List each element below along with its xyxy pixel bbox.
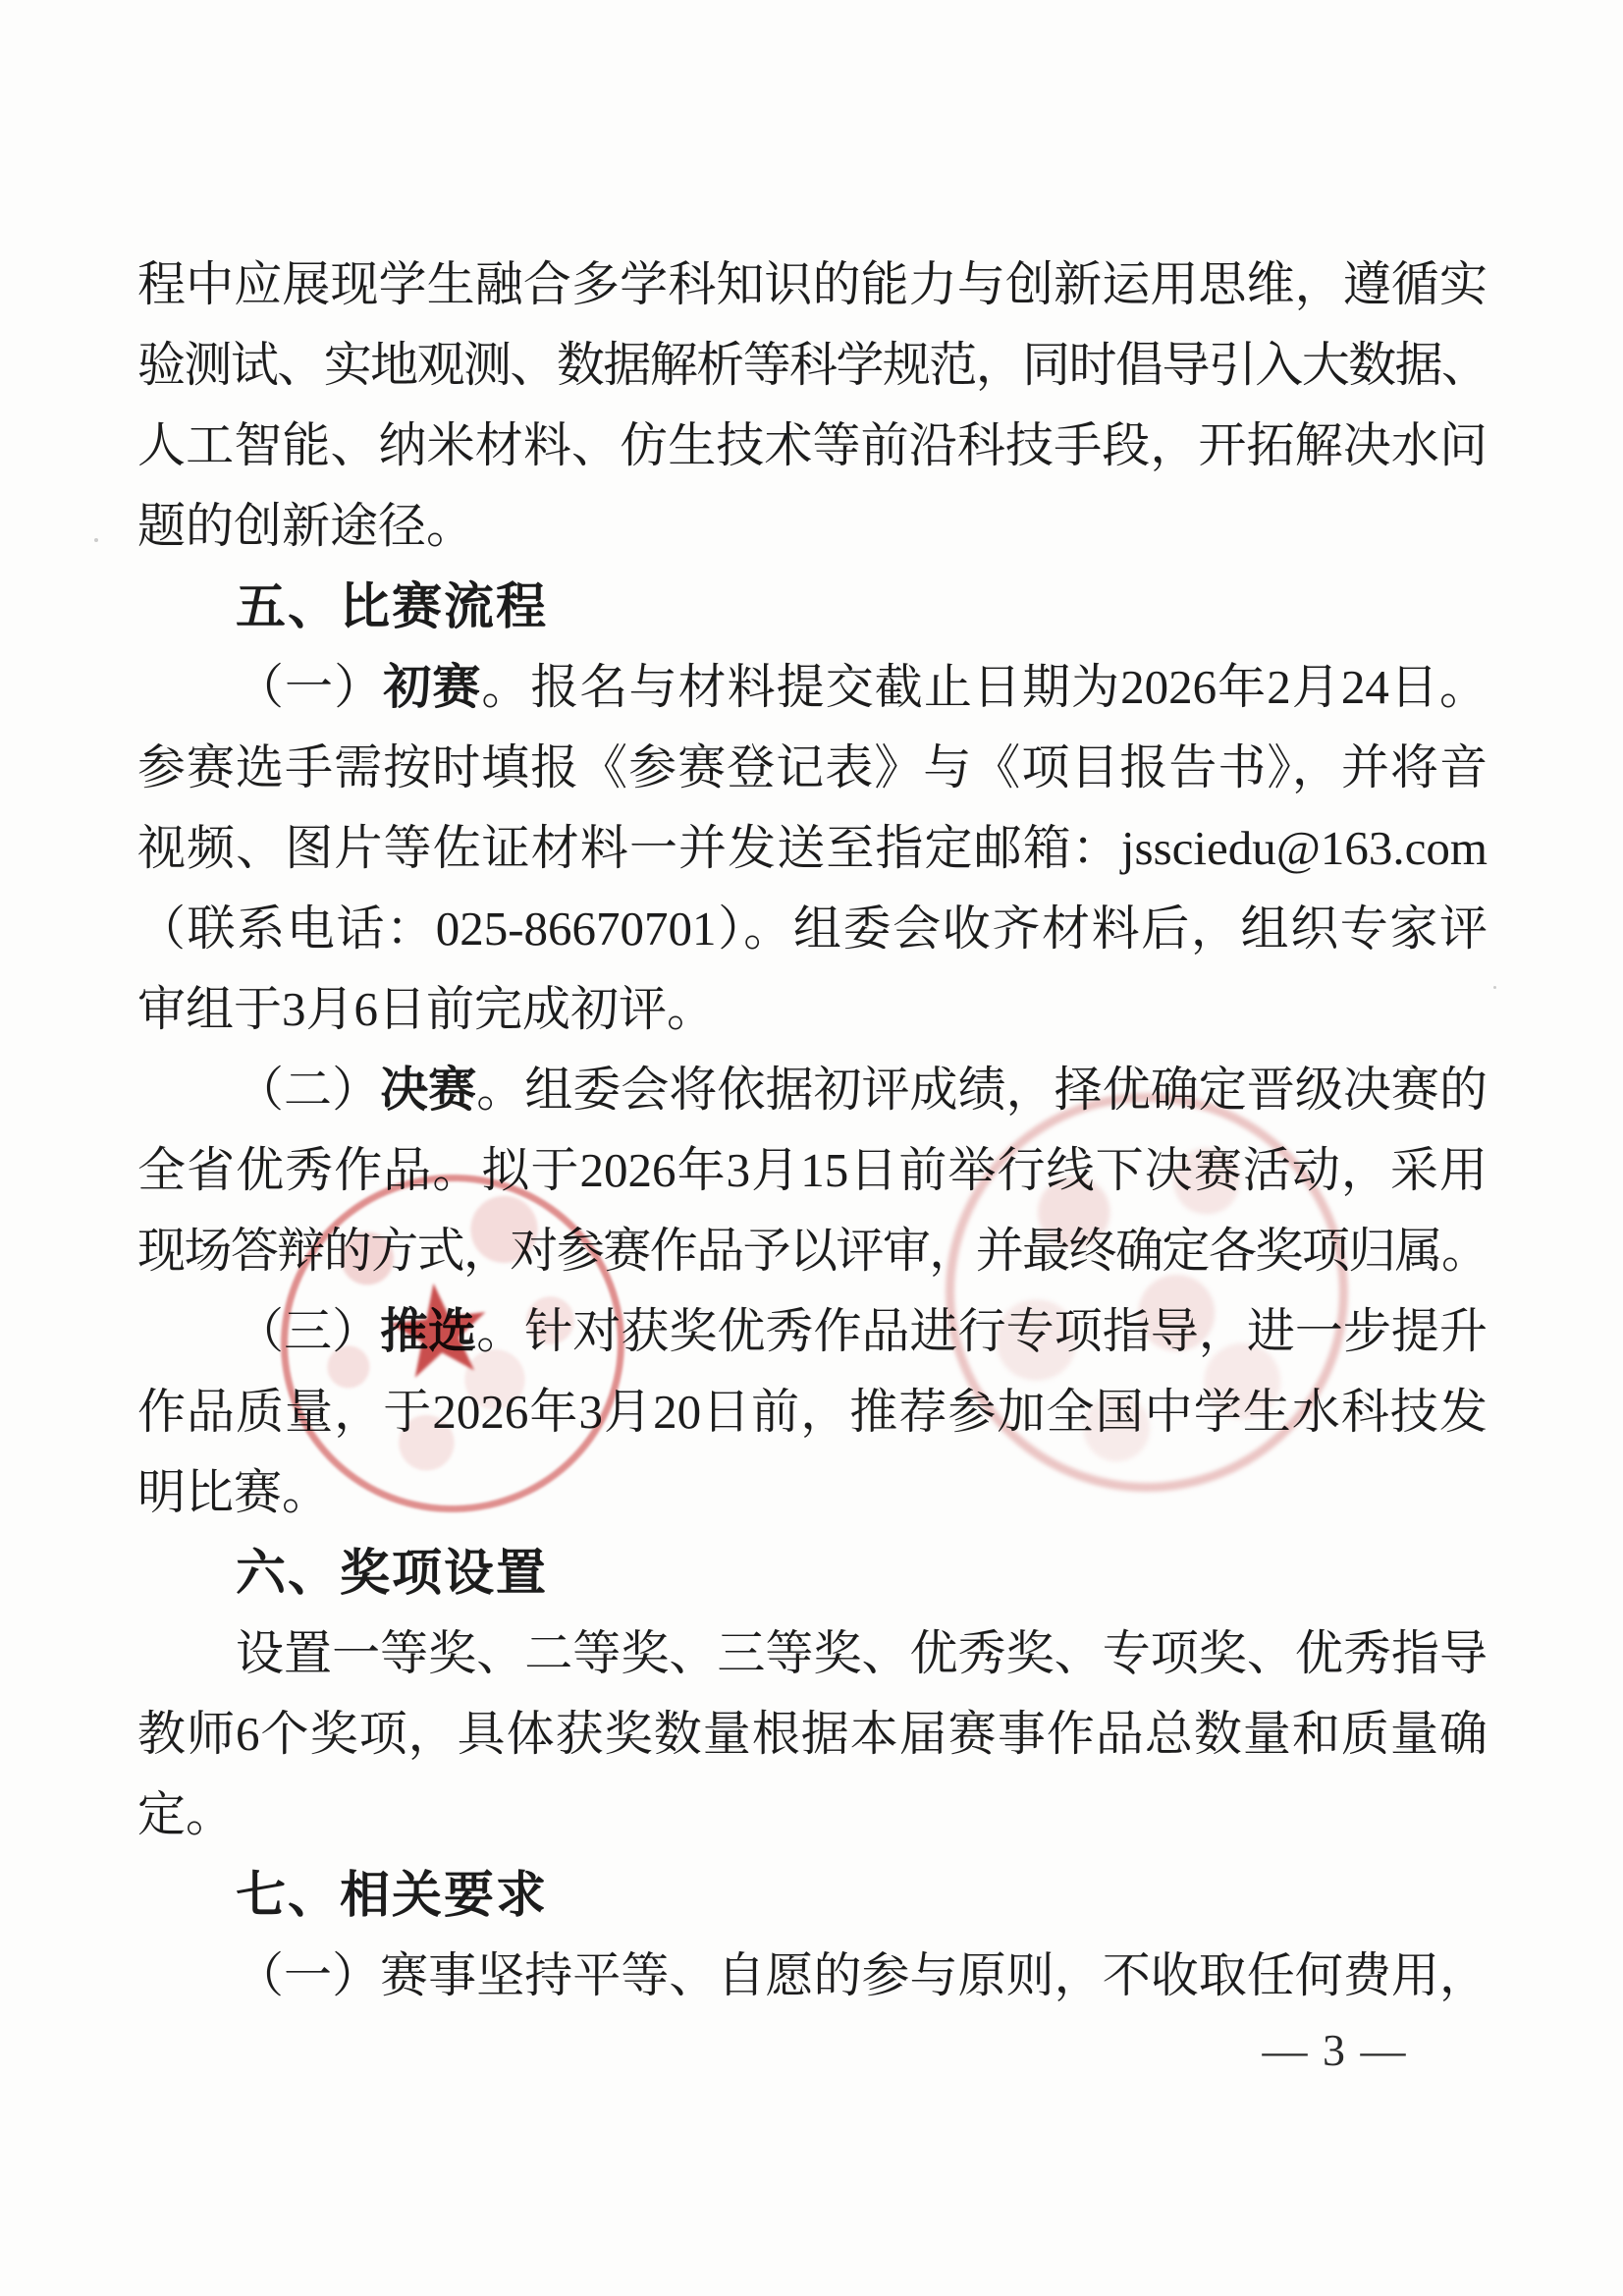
scanned-document-page: 程中应展现学生融合多学科知识的能力与创新运用思维，遵循实 验测试、实地观测、数据… <box>0 0 1623 2296</box>
text-line: 审组于3月6日前完成初评。 <box>137 969 1488 1050</box>
text-line-content: 参赛选手需按时填报《参赛登记表》与《项目报告书》，并将音 <box>137 740 1488 794</box>
text-line: 参赛选手需按时填报《参赛登记表》与《项目报告书》，并将音 <box>137 728 1488 808</box>
item-number: （一） <box>236 660 383 714</box>
text-line-content: 教师6个奖项，具体获奖数量根据本届赛事作品总数量和质量确 <box>137 1707 1488 1761</box>
text-line-content: 验测试、实地观测、数据解析等科学规范，同时倡导引入大数据、 <box>137 338 1488 392</box>
scan-speck <box>94 538 98 542</box>
text-line: 现场答辩的方式，对参赛作品予以评审，并最终确定各奖项归属。 <box>137 1211 1488 1291</box>
text-line-content: 程中应展现学生融合多学科知识的能力与创新运用思维，遵循实 <box>137 257 1488 311</box>
text-line-content: 审组于3月6日前完成初评。 <box>137 982 715 1036</box>
text-line: 定。 <box>137 1775 1488 1855</box>
text-line: 明比赛。 <box>137 1452 1488 1533</box>
text-line: 视频、图片等佐证材料一并发送至指定邮箱：jssciedu@163.com <box>137 808 1488 889</box>
text-line-content: 。报名与材料提交截止日期为2026年2月24日。 <box>481 660 1488 714</box>
text-line-content: 。针对获奖优秀作品进行专项指导，进一步提升 <box>476 1304 1488 1358</box>
document-body: 程中应展现学生融合多学科知识的能力与创新运用思维，遵循实 验测试、实地观测、数据… <box>137 245 1488 2016</box>
section-heading-7: 七、相关要求 <box>137 1855 1488 1936</box>
heading-text: 六、奖项设置 <box>236 1545 548 1601</box>
text-line-content: 题的创新途径。 <box>137 499 474 553</box>
item-number: （三） <box>236 1304 380 1358</box>
text-line: （三）推选。针对获奖优秀作品进行专项指导，进一步提升 <box>137 1291 1488 1372</box>
text-line-content: 视频、图片等佐证材料一并发送至指定邮箱：jssciedu@163.com <box>137 821 1488 875</box>
text-line: （二）决赛。组委会将依据初评成绩，择优确定晋级决赛的 <box>137 1050 1488 1130</box>
text-line-content: 作品质量，于2026年3月20日前，推荐参加全国中学生水科技发 <box>137 1385 1488 1439</box>
text-line: 全省优秀作品。拟于2026年3月15日前举行线下决赛活动，采用 <box>137 1130 1488 1211</box>
text-line-content: 现场答辩的方式，对参赛作品予以评审，并最终确定各奖项归属。 <box>137 1224 1488 1278</box>
text-line: 程中应展现学生融合多学科知识的能力与创新运用思维，遵循实 <box>137 245 1488 325</box>
section-heading-5: 五、比赛流程 <box>137 567 1488 647</box>
text-line: 题的创新途径。 <box>137 486 1488 567</box>
text-line-content: 。组委会将依据初评成绩，择优确定晋级决赛的 <box>476 1063 1488 1117</box>
text-line-content: 全省优秀作品。拟于2026年3月15日前举行线下决赛活动，采用 <box>137 1143 1488 1197</box>
text-line: 作品质量，于2026年3月20日前，推荐参加全国中学生水科技发 <box>137 1372 1488 1452</box>
page-number: — 3 — <box>1239 2021 1431 2080</box>
text-line-content: （一）赛事坚持平等、自愿的参与原则，不收取任何费用， <box>236 1948 1488 2002</box>
item-title: 初赛 <box>383 660 481 714</box>
text-line-content: 人工智能、纳米材料、仿生技术等前沿科技手段，开拓解决水问 <box>137 418 1488 472</box>
text-line: 人工智能、纳米材料、仿生技术等前沿科技手段，开拓解决水问 <box>137 406 1488 486</box>
heading-text: 七、相关要求 <box>236 1867 548 1923</box>
section-heading-6: 六、奖项设置 <box>137 1533 1488 1613</box>
text-line-content: 明比赛。 <box>137 1465 330 1519</box>
heading-text: 五、比赛流程 <box>236 578 548 634</box>
item-title: 推选 <box>380 1304 476 1358</box>
text-line: （联系电话：025-86670701）。组委会收齐材料后，组织专家评 <box>137 889 1488 969</box>
text-line-content: （联系电话：025-86670701）。组委会收齐材料后，组织专家评 <box>137 902 1488 956</box>
text-line: 验测试、实地观测、数据解析等科学规范，同时倡导引入大数据、 <box>137 325 1488 406</box>
text-line-content: 设置一等奖、二等奖、三等奖、优秀奖、专项奖、优秀指导 <box>236 1626 1488 1680</box>
scan-speck <box>1493 986 1496 989</box>
text-line: 教师6个奖项，具体获奖数量根据本届赛事作品总数量和质量确 <box>137 1694 1488 1775</box>
item-number: （二） <box>236 1063 380 1117</box>
text-line: （一）赛事坚持平等、自愿的参与原则，不收取任何费用， <box>137 1936 1488 2016</box>
item-title: 决赛 <box>380 1063 476 1117</box>
text-line-content: 定。 <box>137 1787 234 1841</box>
text-line: 设置一等奖、二等奖、三等奖、优秀奖、专项奖、优秀指导 <box>137 1613 1488 1694</box>
text-line: （一）初赛。报名与材料提交截止日期为2026年2月24日。 <box>137 647 1488 728</box>
